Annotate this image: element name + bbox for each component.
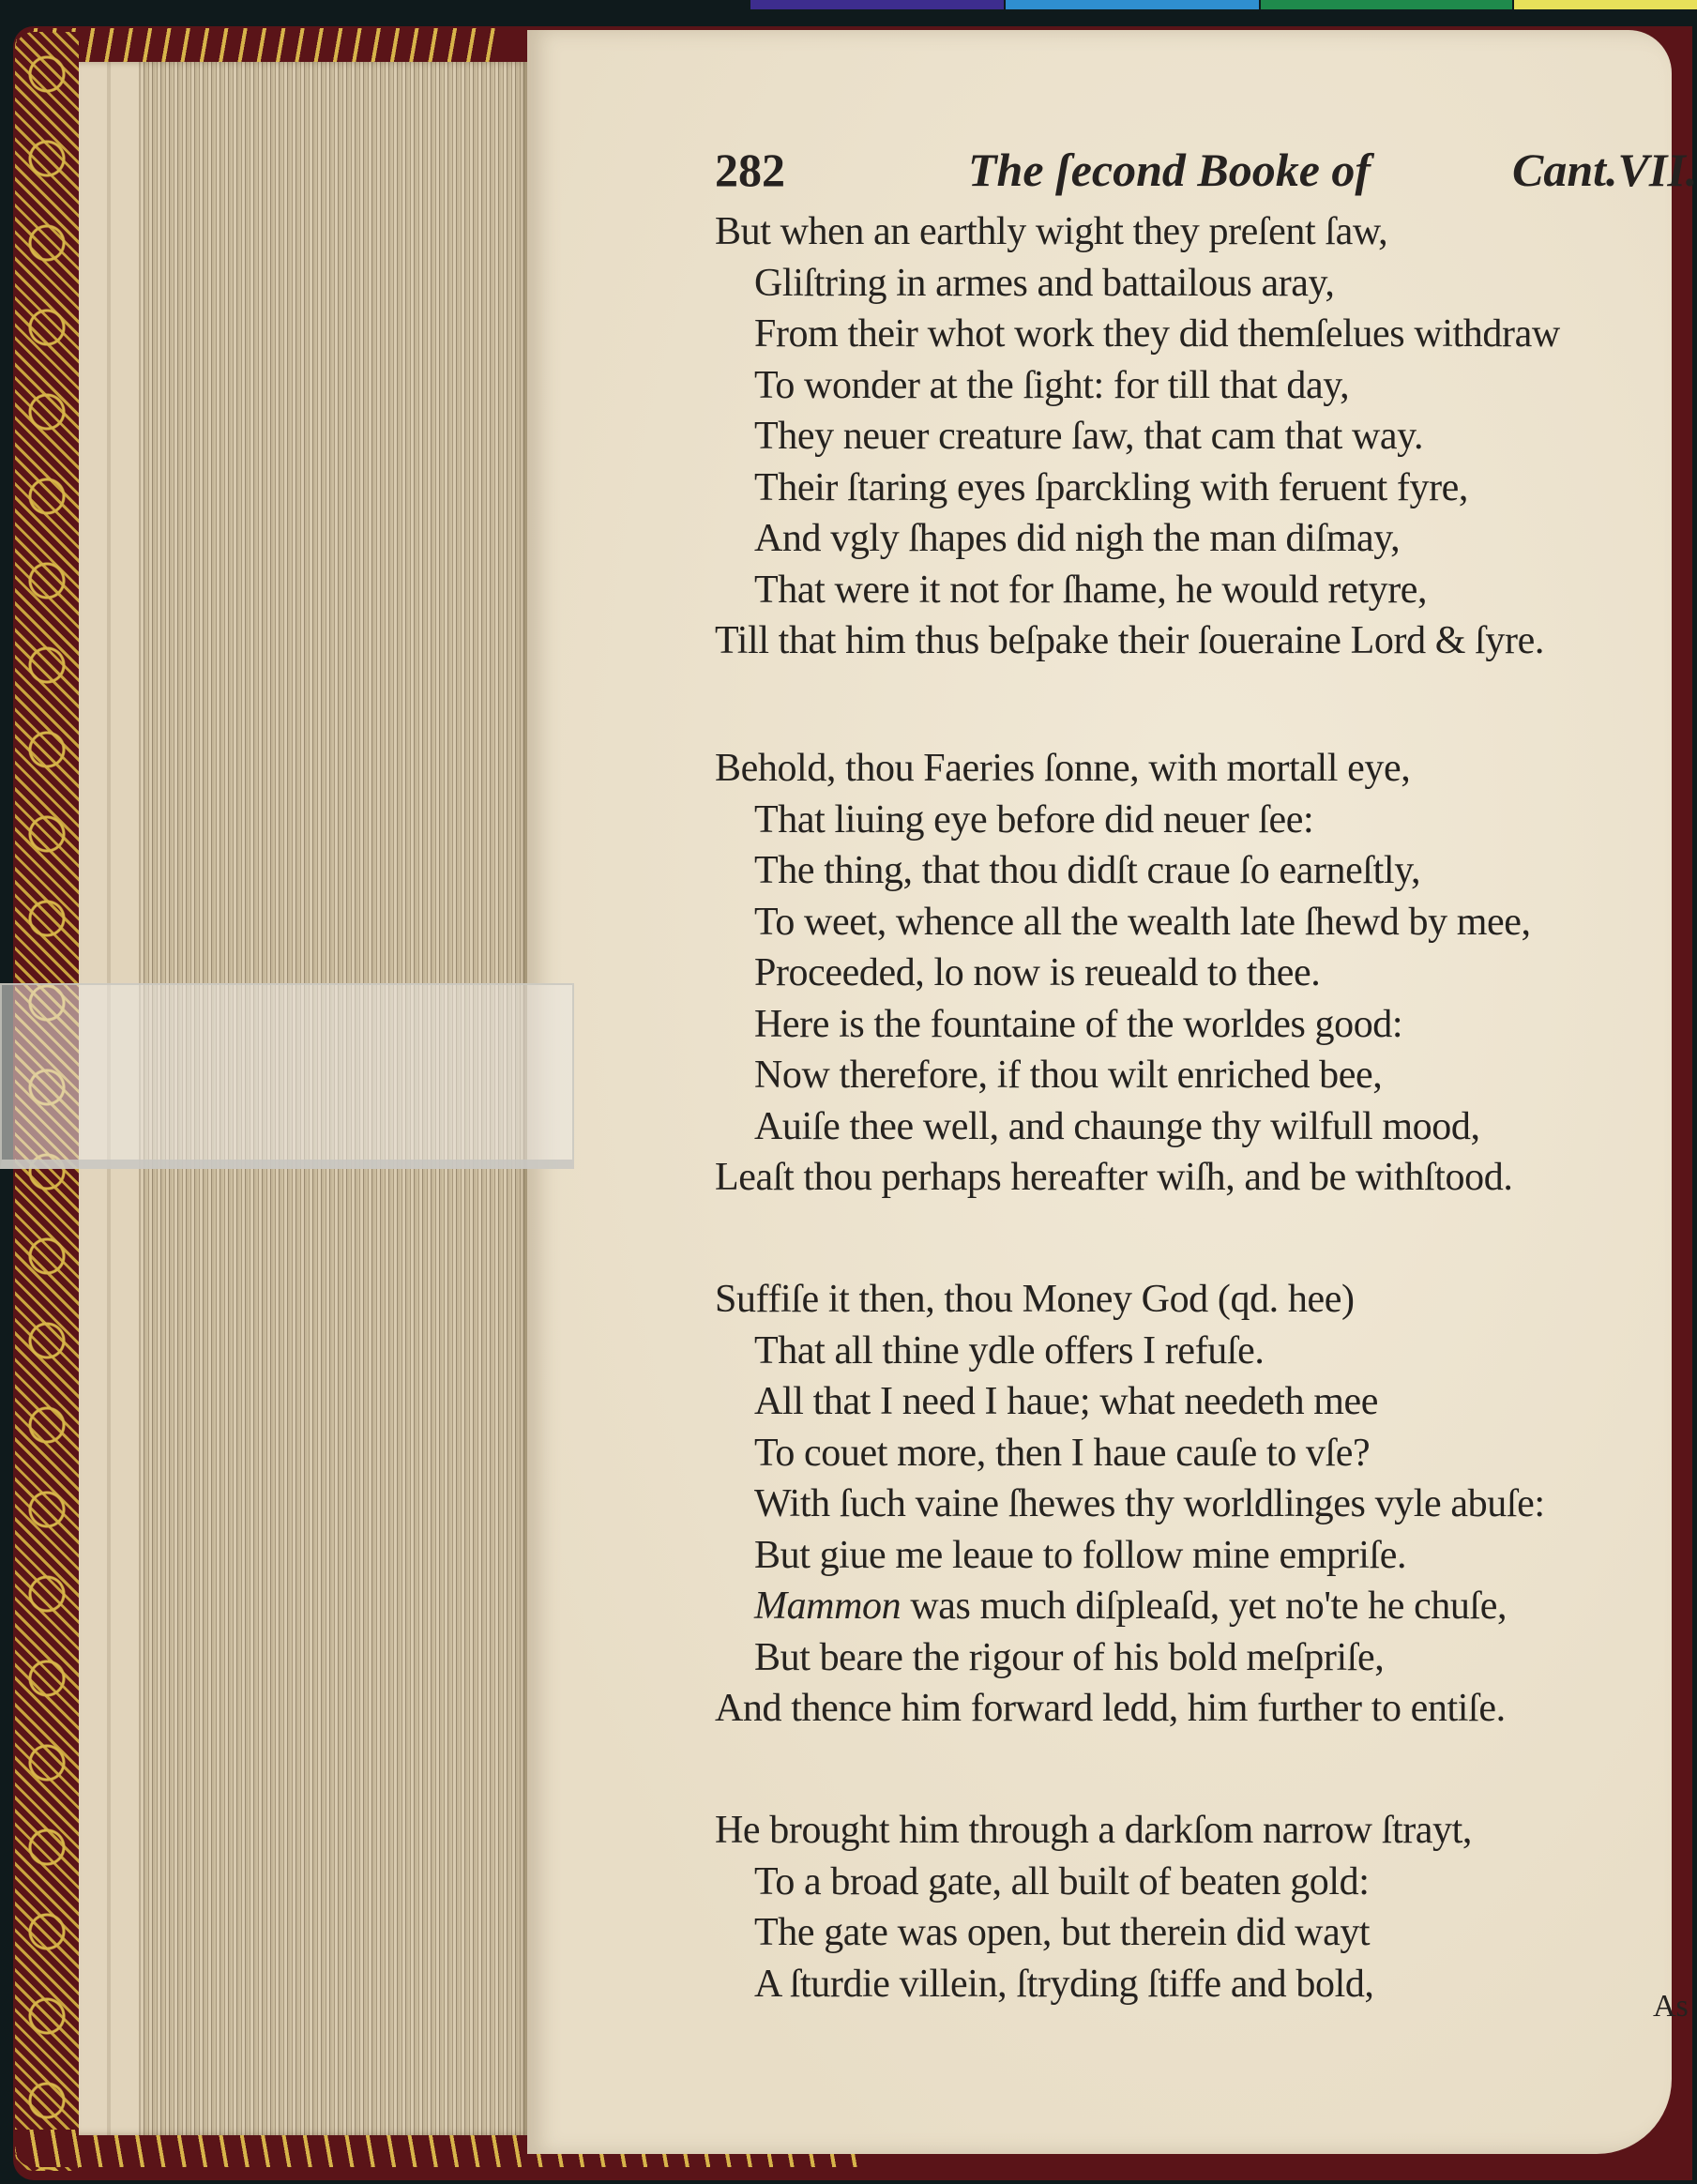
verse-line: To weet, whence all the wealth late ſhew…: [715, 897, 1681, 948]
canto-label: Cant.VII.: [1512, 143, 1697, 197]
verse-line: Suffiſe it then, thou Money God (qd. hee…: [715, 1274, 1681, 1326]
verse-line: To wonder at the ſight: for till that da…: [715, 360, 1681, 412]
stanza-1: But when an earthly wight they preſent ſ…: [715, 206, 1681, 667]
catchword: As: [1653, 1989, 1689, 2025]
running-title: The ſecond Booke of: [968, 143, 1371, 197]
verse-line: Proceeded, lo now is reueald to thee.: [715, 948, 1681, 999]
verse-line: And thence him forward ledd, him further…: [715, 1683, 1681, 1735]
verse-line: Here is the fountaine of the worldes goo…: [715, 999, 1681, 1051]
verse-line: That liuing eye before did neuer ſee:: [715, 795, 1681, 846]
calibration-swatch-green: [1261, 0, 1512, 9]
calibration-swatch-blue: [1006, 0, 1259, 9]
verse-line: Gliſtring in armes and battailous aray,: [715, 258, 1681, 310]
acrylic-page-clip: [0, 983, 574, 1169]
verse-line: That were it not for ſhame, he would ret…: [715, 565, 1681, 616]
verse-line: With ſuch vaine ſhewes thy worldlinges v…: [715, 1479, 1681, 1530]
proper-name-mammon: Mammon: [754, 1585, 901, 1628]
verse-line: Their ſtaring eyes ſparckling with ferue…: [715, 463, 1681, 514]
verse-line: A ſturdie villein, ſtryding ſtiffe and b…: [715, 1959, 1681, 2010]
text-block: 282 The ſecond Booke of Cant.VII. But wh…: [715, 30, 1672, 2154]
stanza-2: Behold, thou Faeries ſonne, with mortall…: [715, 743, 1681, 1204]
verse-line: The gate was open, but therein did wayt: [715, 1907, 1681, 1959]
verse-line: But beare the rigour of his bold meſpriſ…: [715, 1632, 1681, 1684]
verse-line: Auiſe thee well, and chaunge thy wilfull…: [715, 1101, 1681, 1153]
verse-line: He brought him through a darkſom narrow …: [715, 1805, 1681, 1857]
stanza-3: Suffiſe it then, thou Money God (qd. hee…: [715, 1274, 1681, 1735]
calibration-swatch-purple: [750, 0, 1004, 9]
calibration-swatch-yellow: [1514, 0, 1697, 9]
verse-line: All that I need I haue; what needeth mee: [715, 1376, 1681, 1428]
running-head: 282 The ſecond Booke of Cant.VII.: [715, 143, 1653, 199]
book-page: 282 The ſecond Booke of Cant.VII. But wh…: [527, 30, 1672, 2154]
verse-line: Now therefore, if thou wilt enriched bee…: [715, 1050, 1681, 1101]
verse-line: Till that him thus beſpake their ſouerai…: [715, 615, 1681, 667]
verse-line: And vgly ſhapes did nigh the man diſmay,: [715, 513, 1681, 565]
verse-line: From their whot work they did themſelues…: [715, 309, 1681, 360]
verse-line: But giue me leaue to follow mine empriſe…: [715, 1530, 1681, 1582]
verse-line: Leaſt thou perhaps hereafter wiſh, and b…: [715, 1152, 1681, 1204]
verse-line: Behold, thou Faeries ſonne, with mortall…: [715, 743, 1681, 795]
verse-line: That all thine ydle offers I refuſe.: [715, 1326, 1681, 1377]
verse-line: They neuer creature ſaw, that cam that w…: [715, 411, 1681, 463]
stanza-4: He brought him through a darkſom narrow …: [715, 1805, 1681, 2010]
verse-line: The thing, that thou didſt craue ſo earn…: [715, 845, 1681, 897]
page-number: 282: [715, 143, 785, 197]
verse-line: But when an earthly wight they preſent ſ…: [715, 206, 1681, 258]
verse-line: To a broad gate, all built of beaten gol…: [715, 1857, 1681, 1908]
verse-line-rest: was much diſpleaſd, yet no'te he chuſe,: [901, 1585, 1507, 1628]
verse-line: Mammon was much diſpleaſd, yet no'te he …: [715, 1581, 1681, 1632]
verse-line: To couet more, then I haue cauſe to vſe?: [715, 1428, 1681, 1479]
